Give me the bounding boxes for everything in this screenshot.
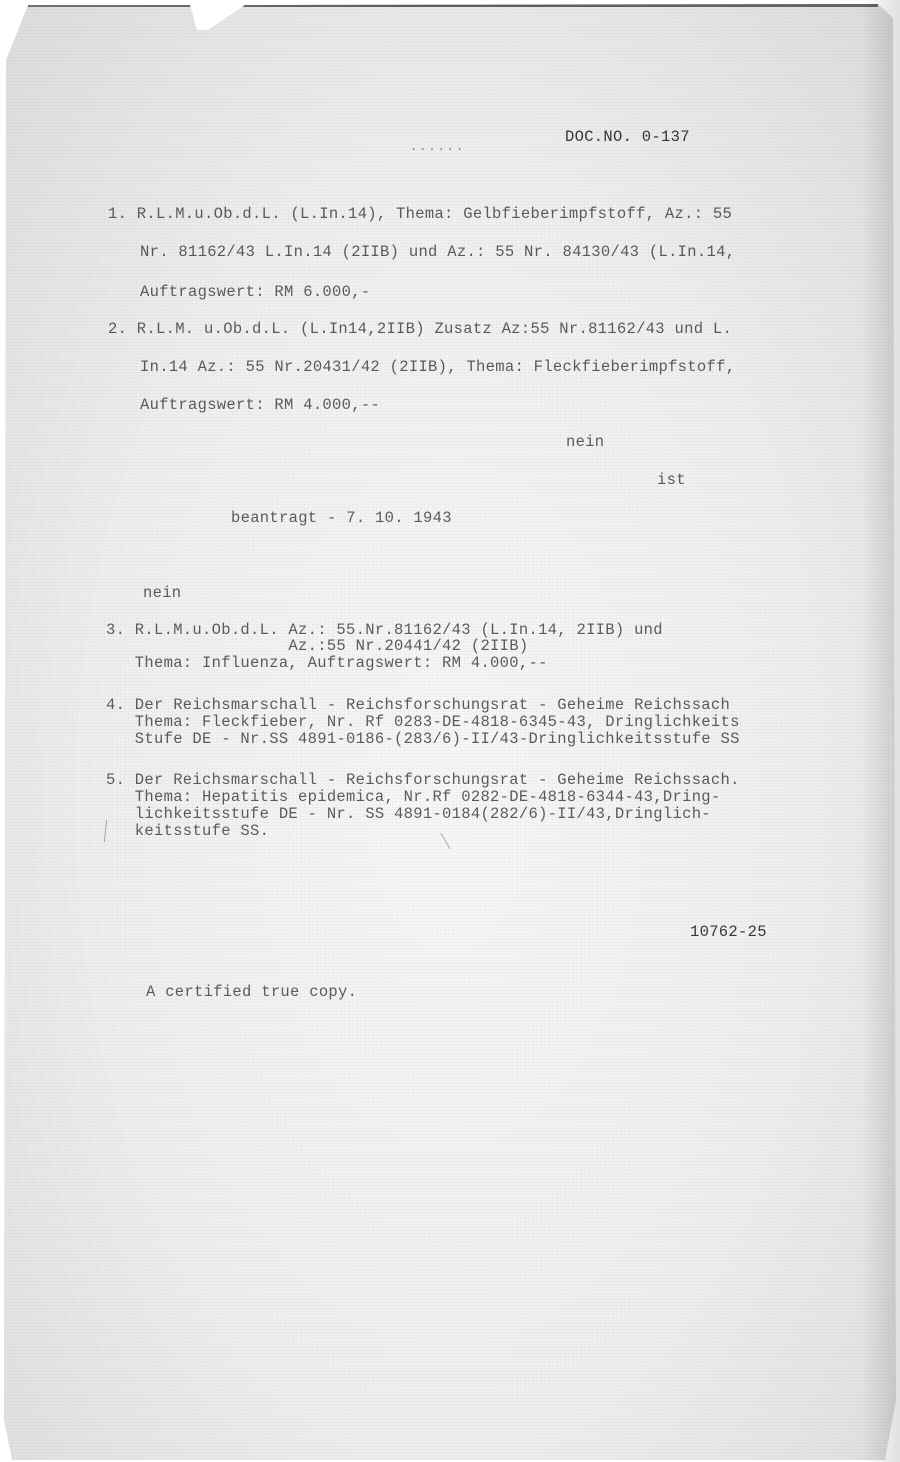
item-3-line-1: 3. R.L.M.u.Ob.d.L. Az.: 55.Nr.81162/43 (… xyxy=(106,622,663,638)
item-3-line-3: Thema: Influenza, Auftragswert: RM 4.000… xyxy=(106,655,548,671)
item-4-line-2: Thema: Fleckfieber, Nr. Rf 0283-DE-4818-… xyxy=(106,714,740,730)
answer-ist: ist xyxy=(657,471,686,489)
answer-nein-1: nein xyxy=(566,433,604,451)
item-1-line-2: Nr. 81162/43 L.In.14 (2IIB) und Az.: 55 … xyxy=(140,243,735,261)
certification-line: A certified true copy. xyxy=(146,983,357,1001)
item-5-line-3: lichkeitsstufe DE - Nr. SS 4891-0184(282… xyxy=(106,806,711,822)
item-2-line-1: 2. R.L.M. u.Ob.d.L. (L.In14,2IIB) Zusatz… xyxy=(108,320,732,338)
doc-number: DOC.NO. 0-137 xyxy=(565,128,690,146)
item-4-line-1: 4. Der Reichsmarschall - Reichsforschung… xyxy=(106,697,730,713)
item-1-line-1: 1. R.L.M.u.Ob.d.L. (L.In.14), Thema: Gel… xyxy=(108,205,732,223)
page-edge-shadow xyxy=(860,0,900,1462)
item-5-line-4: keitsstufe SS. xyxy=(106,823,269,839)
reference-number: 10762-25 xyxy=(690,923,767,941)
beantragt-date: beantragt - 7. 10. 1943 xyxy=(231,509,452,527)
item-2-line-2: In.14 Az.: 55 Nr.20431/42 (2IIB), Thema:… xyxy=(140,358,735,376)
item-5-line-1: 5. Der Reichsmarschall - Reichsforschung… xyxy=(106,772,740,788)
item-5-line-2: Thema: Hepatitis epidemica, Nr.Rf 0282-D… xyxy=(106,789,721,805)
item-2-line-3: Auftragswert: RM 4.000,-- xyxy=(140,396,380,414)
header-dots: ...... xyxy=(410,140,465,154)
item-4-line-3: Stufe DE - Nr.SS 4891-0186-(283/6)-II/43… xyxy=(106,731,740,747)
item-1-line-3: Auftragswert: RM 6.000,- xyxy=(140,283,370,301)
answer-nein-2: nein xyxy=(143,584,181,602)
item-3-line-2: Az.:55 Nr.20441/42 (2IIB) xyxy=(106,638,528,654)
